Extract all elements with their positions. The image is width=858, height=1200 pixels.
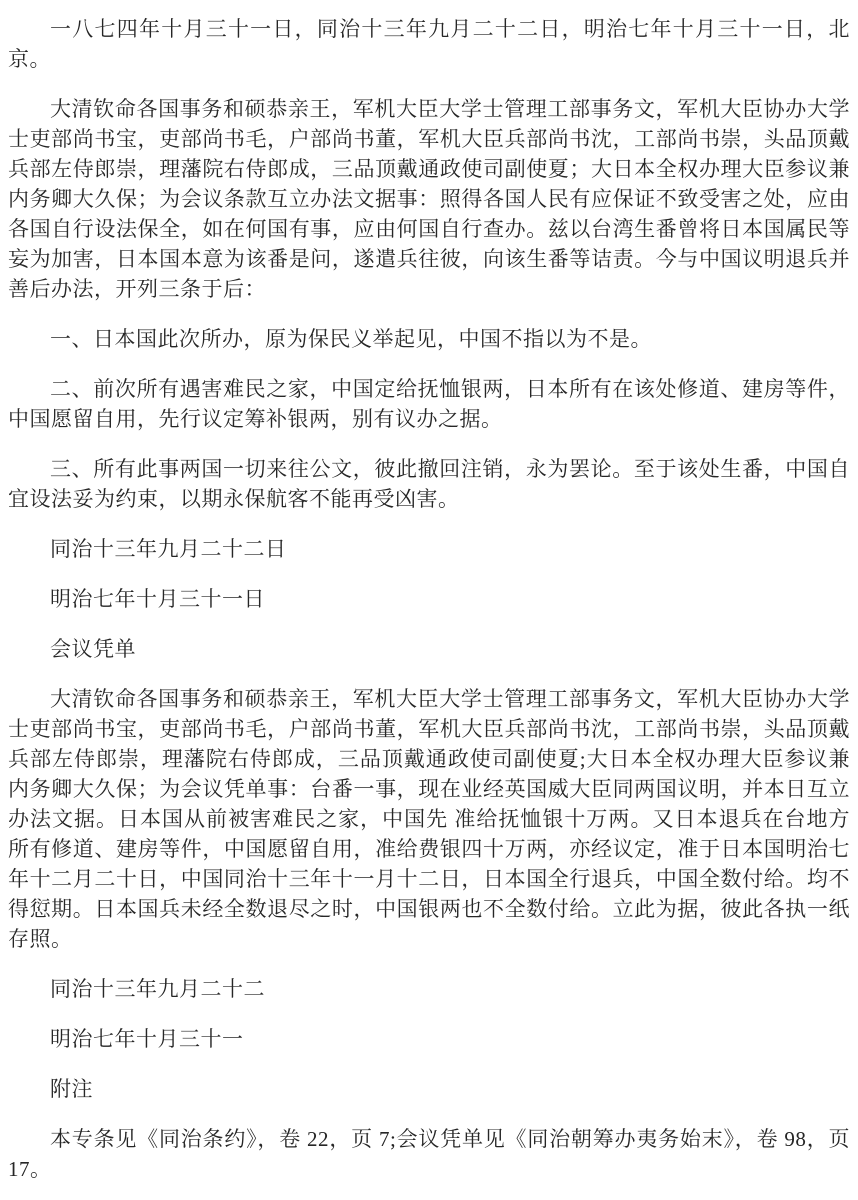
meiji-date-line-2: 明治七年十月三十一: [8, 1024, 850, 1054]
treaty-preamble: 大清钦命各国事务和硕恭亲王，军机大臣大学士管理工部事务文，军机大臣协办大学士吏部…: [8, 94, 850, 304]
article-one: 一、日本国此次所办，原为保民义举起见，中国不指以为不是。: [8, 324, 850, 354]
annotation-title: 附注: [8, 1074, 850, 1104]
tongzhi-date-line: 同治十三年九月二十二日: [8, 534, 850, 564]
tongzhi-date-line-2: 同治十三年九月二十二: [8, 974, 850, 1004]
date-location-line: 一八七四年十月三十一日，同治十三年九月二十二日，明治七年十月三十一日，北京。: [8, 14, 850, 74]
document-page: 一八七四年十月三十一日，同治十三年九月二十二日，明治七年十月三十一日，北京。 大…: [8, 14, 850, 1184]
article-three: 三、所有此事两国一切来往公文，彼此撤回注销，永为罢论。至于该处生番，中国自宜设法…: [8, 454, 850, 514]
meiji-date-line: 明治七年十月三十一日: [8, 584, 850, 614]
memorandum-title: 会议凭单: [8, 634, 850, 664]
memorandum-body: 大清钦命各国事务和硕恭亲王，军机大臣大学士管理工部事务文，军机大臣协办大学士吏部…: [8, 684, 850, 954]
source-reference: 本专条见《同治条约》，卷 22，页 7;会议凭单见《同治朝筹办夷务始末》，卷 9…: [8, 1124, 850, 1184]
article-two: 二、前次所有遇害难民之家，中国定给抚恤银两，日本所有在该处修道、建房等件，中国愿…: [8, 374, 850, 434]
